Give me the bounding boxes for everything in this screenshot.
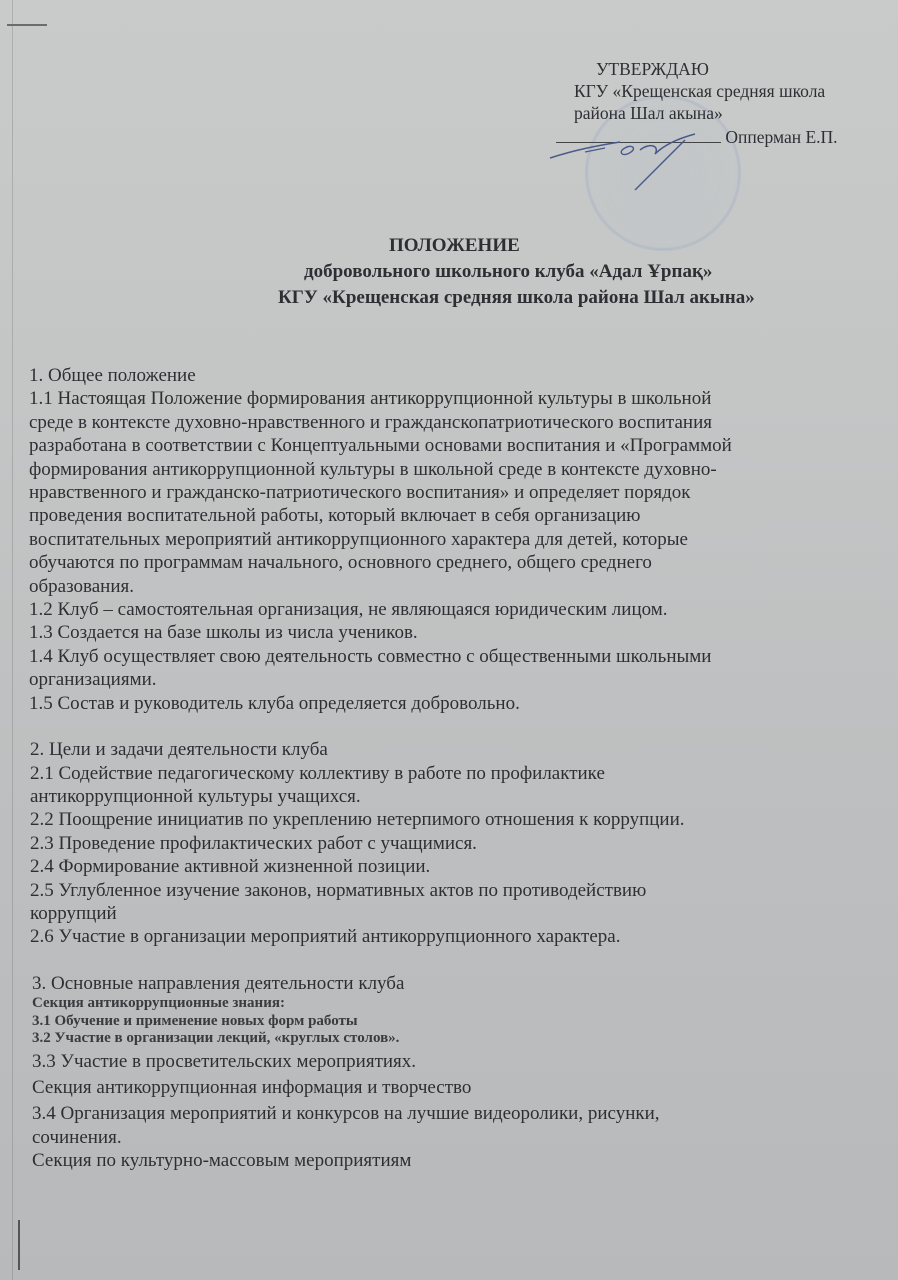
paragraph-line: 2.2 Поощрение инициатив по укреплению не… — [30, 808, 869, 831]
page-edge — [12, 0, 13, 1280]
signatory-name: Опперман Е.П. — [725, 127, 837, 147]
margin-line — [18, 1220, 20, 1270]
paragraph-line: 2.5 Углубленное изучение законов, нормат… — [30, 879, 869, 902]
section-1-heading: 1. Общее положение — [29, 364, 869, 387]
paragraph-line: организациями. — [29, 668, 869, 691]
document-subtitle-club: добровольного школьного клуба «Адал Ұрпа… — [304, 258, 712, 285]
handwritten-signature-icon — [545, 128, 725, 198]
section-3-heading: 3. Основные направления деятельности клу… — [29, 972, 869, 995]
paragraph-line: 1.2 Клуб – самостоятельная организация, … — [29, 598, 869, 621]
paragraph-line: 1.1 Настоящая Положение формирования ант… — [29, 387, 869, 410]
paragraph-line: образования. — [29, 575, 869, 598]
section-2-heading: 2. Цели и задачи деятельности клуба — [30, 738, 869, 761]
section-c-title: Секция по культурно-массовым мероприятия… — [29, 1149, 869, 1172]
paragraph-line: воспитательных мероприятий антикоррупцио… — [29, 528, 869, 551]
paragraph-line: нравственного и гражданско-патриотическо… — [29, 481, 869, 504]
item-3-1: 3.1 Обучение и применение новых форм раб… — [29, 1013, 869, 1031]
paragraph-line: коррупций — [30, 902, 869, 925]
paragraph-line: разработана в соответствии с Концептуаль… — [29, 434, 869, 457]
paragraph-line: 1.3 Создается на базе школы из числа уче… — [29, 621, 869, 644]
paragraph-line: антикоррупционной культуры учащихся. — [30, 785, 869, 808]
document-body: 1. Общее положение 1.1 Настоящая Положен… — [29, 364, 869, 1173]
paragraph-line: обучаются по программам начального, осно… — [29, 551, 869, 574]
paragraph-line: 1.4 Клуб осуществляет свою деятельность … — [29, 645, 869, 668]
paragraph-line: 2.3 Проведение профилактических работ с … — [30, 832, 869, 855]
item-3-3: 3.3 Участие в просветительских мероприят… — [29, 1050, 869, 1073]
paragraph-line: 2.4 Формирование активной жизненной пози… — [30, 855, 869, 878]
item-3-2: 3.2 Участие в организации лекций, «кругл… — [29, 1030, 869, 1048]
approval-org-line1: КГУ «Крещенская средняя школа — [574, 80, 838, 102]
document-subtitle-school: КГУ «Крещенская средняя школа района Шал… — [278, 284, 755, 311]
paragraph-line: 2.6 Участие в организации мероприятий ан… — [30, 925, 869, 948]
document-title: ПОЛОЖЕНИЕ — [389, 232, 520, 259]
item-3-4-line2: сочинения. — [29, 1126, 869, 1149]
paragraph-line: среде в контексте духовно-нравственного … — [29, 411, 869, 434]
item-3-4-line1: 3.4 Организация мероприятий и конкурсов … — [29, 1102, 869, 1125]
section-3: 3. Основные направления деятельности клу… — [29, 972, 869, 1173]
corner-mark — [7, 24, 47, 26]
paragraph-line: проведения воспитательной работы, которы… — [29, 504, 869, 527]
approval-org-line2: района Шал акына» — [574, 102, 838, 124]
section-1: 1. Общее положение 1.1 Настоящая Положен… — [29, 364, 869, 715]
paragraph-line: формирования антикоррупционной культуры … — [29, 458, 869, 481]
paragraph-line: 2.1 Содействие педагогическому коллектив… — [30, 762, 869, 785]
paragraph-line: 1.5 Состав и руководитель клуба определя… — [29, 692, 869, 715]
approval-title: УТВЕРЖДАЮ — [574, 58, 838, 80]
section-a-title: Секция антикоррупционные знания: — [29, 995, 869, 1013]
section-b-title: Секция антикоррупционная информация и тв… — [29, 1076, 869, 1099]
section-2: 2. Цели и задачи деятельности клуба 2.1 … — [29, 738, 869, 949]
